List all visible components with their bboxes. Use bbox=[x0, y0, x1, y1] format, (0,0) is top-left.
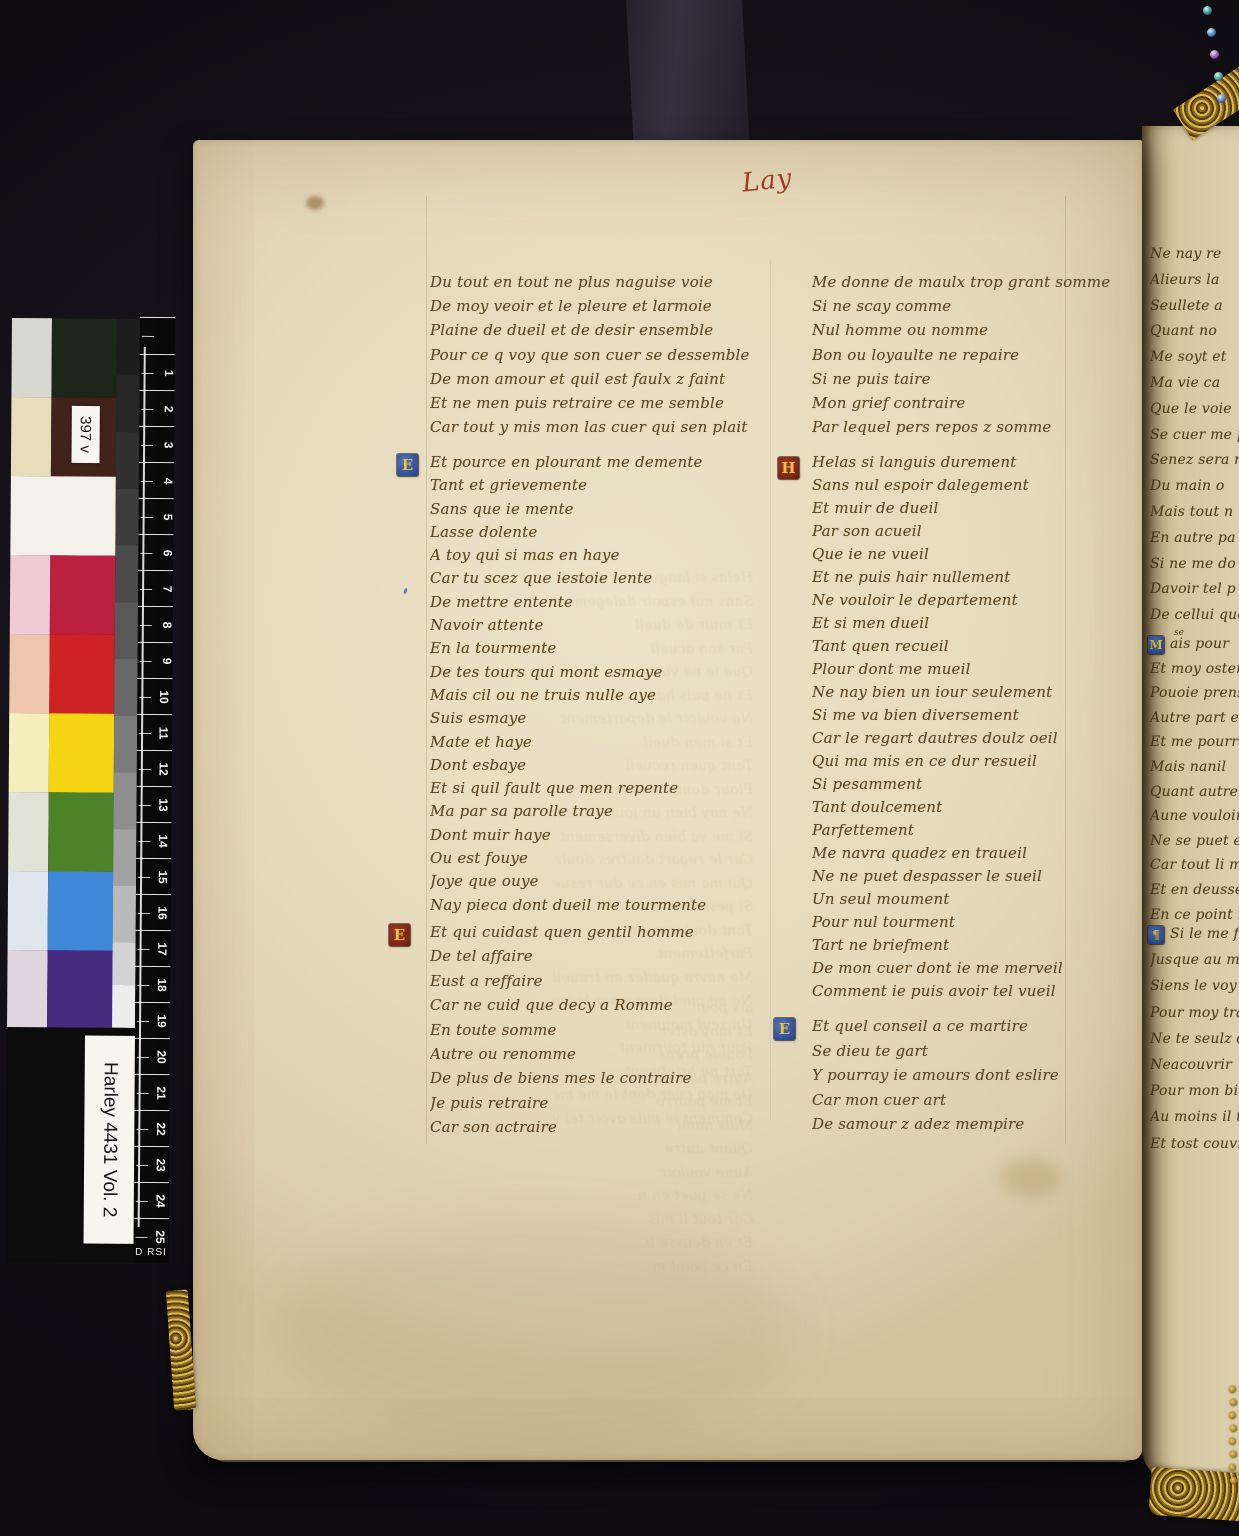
manuscript-line: Me soyt et bbox=[1150, 349, 1239, 375]
ruler-segment: 16 bbox=[136, 894, 171, 930]
manuscript-line: Et ne men puis retraire ce me semble bbox=[430, 394, 750, 418]
manuscript-line: Ma par sa parolle traye bbox=[430, 802, 706, 825]
ruler-number: 6 bbox=[161, 549, 175, 556]
patch-row bbox=[9, 634, 115, 714]
column1-stanza2: Et pource en plourant me dementeTant et … bbox=[430, 453, 706, 919]
manuscript-line: Mais cil ou ne truis nulle aye bbox=[430, 686, 706, 709]
photo-backdrop: 1234567891011121314151617181920212223242… bbox=[0, 0, 1239, 1536]
ruler-segment bbox=[140, 317, 175, 354]
manuscript-line: En toute somme bbox=[430, 1021, 694, 1045]
ruler-number: 7 bbox=[161, 585, 175, 592]
manuscript-line: Du tout en tout ne plus naguise voie bbox=[430, 273, 750, 297]
manuscript-line: Car tout li mis bbox=[553, 1212, 753, 1236]
manuscript-line: Ne se puet en n bbox=[1150, 833, 1239, 858]
manuscript-line: Ou est fouye bbox=[430, 849, 706, 872]
manuscript-line: Et tost couvr bbox=[1150, 1136, 1239, 1162]
gilt-dot bbox=[1229, 1412, 1236, 1419]
manuscript-line: Par lequel pers repos z somme bbox=[812, 418, 1110, 442]
bead bbox=[1214, 72, 1223, 81]
colorbar-ruler: 1234567891011121314151617181920212223242… bbox=[133, 317, 175, 1263]
manuscript-line: Alieurs la bbox=[1150, 272, 1239, 298]
ruler-segment: 14 bbox=[136, 822, 171, 858]
gilt-dot bbox=[1230, 1477, 1237, 1484]
manuscript-line: Car ne cuid que decy a Romme bbox=[430, 996, 694, 1020]
manuscript-line: Helas si languis durement bbox=[812, 453, 1063, 476]
manuscript-line: Autre part et bbox=[1150, 710, 1239, 735]
next-folio-edge: Ne nay reAlieurs laSeullete aQuant noMe … bbox=[1142, 126, 1239, 1482]
color-patch bbox=[7, 950, 48, 1029]
manuscript-line: Plour dont me mueil bbox=[812, 660, 1063, 683]
ruler-segment: 23 bbox=[134, 1146, 169, 1182]
manuscript-line: Et moy oster bbox=[1150, 661, 1239, 686]
ruler-number: 2 bbox=[162, 405, 176, 412]
manuscript-line: De mon cuer dont ie me merveil bbox=[812, 959, 1063, 982]
patch-row bbox=[7, 950, 113, 1030]
manuscript-line: En autre pa bbox=[1150, 530, 1239, 556]
superscript-correction: se bbox=[1174, 628, 1184, 638]
manuscript-line: Joye que ouye bbox=[430, 872, 706, 895]
manuscript-line: Dont esbaye bbox=[430, 756, 706, 779]
manuscript-line: Car mon cuer art bbox=[812, 1091, 1059, 1116]
column1-stanza3: Et qui cuidast quen gentil hommeDe tel a… bbox=[430, 923, 694, 1143]
ruler-number: 21 bbox=[154, 1086, 168, 1099]
ruler-number: 19 bbox=[154, 1014, 168, 1027]
manuscript-line: Et pource en plourant me demente bbox=[430, 453, 706, 476]
manuscript-line: Sans que ie mente bbox=[430, 500, 706, 523]
next-folio-text-block-2: ais pourEt moy osterPouoie prensAutre pa… bbox=[1150, 636, 1239, 931]
manuscript-line: Tant quen recueil bbox=[812, 637, 1063, 660]
colorbar-patches bbox=[7, 318, 117, 1030]
ruler-segment: 2 bbox=[139, 390, 174, 426]
gilded-page-edge-bottom bbox=[1148, 1467, 1239, 1521]
bead bbox=[1210, 50, 1219, 59]
color-patch bbox=[9, 713, 50, 792]
ruler-number: 9 bbox=[160, 657, 174, 664]
manuscript-line: Si ne scay comme bbox=[812, 297, 1110, 321]
ruler-segment: 5 bbox=[138, 498, 173, 534]
manuscript-line: De tes tours qui mont esmaye bbox=[430, 663, 706, 686]
manuscript-line: Du main o bbox=[1150, 478, 1239, 504]
ruler-number: 24 bbox=[153, 1194, 167, 1207]
patch-row bbox=[11, 397, 117, 477]
gilded-page-edge-left bbox=[166, 1289, 196, 1410]
manuscript-line: Tant et grievemente bbox=[430, 476, 706, 499]
ruler-segment: 17 bbox=[135, 930, 170, 966]
color-patch bbox=[11, 318, 52, 397]
manuscript-line: Me donne de maulx trop grant somme bbox=[812, 273, 1110, 297]
ruler-segment: 13 bbox=[136, 786, 171, 822]
manuscript-line: Mon grief contraire bbox=[812, 394, 1110, 418]
manuscript-line: Aune vouloir bbox=[1150, 808, 1239, 833]
color-patch bbox=[48, 792, 114, 871]
ruler-number: 15 bbox=[155, 870, 169, 883]
manuscript-line: Car son actraire bbox=[430, 1118, 694, 1142]
manuscript-line: De mettre entente bbox=[430, 593, 706, 616]
ruler-number: 5 bbox=[161, 513, 175, 520]
manuscript-line: Car tout li mis bbox=[1150, 857, 1239, 882]
manuscript-line: Siens le voy pu bbox=[1150, 978, 1239, 1004]
manuscript-line: Ne nay bien un iour seulement bbox=[812, 683, 1063, 706]
manuscript-line: Davoir tel p bbox=[1150, 581, 1239, 607]
ruler-segment: 9 bbox=[137, 642, 172, 678]
manuscript-line: Neacouvrir bbox=[1150, 1057, 1239, 1083]
ruler-number: 10 bbox=[157, 690, 171, 703]
ruler-number: 23 bbox=[153, 1158, 167, 1171]
manuscript-line: Et quel conseil a ce martire bbox=[812, 1017, 1059, 1042]
ruler-segment: 15 bbox=[136, 858, 171, 894]
manuscript-line: Et si men dueil bbox=[812, 614, 1063, 637]
manuscript-line: Senez sera m bbox=[1150, 452, 1239, 478]
manuscript-line: A toy qui si mas en haye bbox=[430, 546, 706, 569]
next-folio-text-block-3: Si le me faultJusque au monSiens le voy … bbox=[1150, 926, 1239, 1162]
manuscript-line: Car le regart dautres doulz oeil bbox=[812, 729, 1063, 752]
manuscript-line: Tart ne briefment bbox=[812, 936, 1063, 959]
manuscript-line: Jusque au mon bbox=[1150, 952, 1239, 978]
ruler-number: 8 bbox=[160, 621, 174, 628]
color-patch bbox=[47, 950, 113, 1029]
manuscript-line: En la tourmente bbox=[430, 639, 706, 662]
manuscript-line: De mon amour et quil est faulx z faint bbox=[430, 370, 750, 394]
ruler-segment: 20 bbox=[135, 1038, 170, 1074]
manuscript-line: Et en deusse b bbox=[553, 1235, 753, 1259]
ruler-number: 4 bbox=[161, 477, 175, 484]
manuscript-line: Mate et haye bbox=[430, 733, 706, 756]
manuscript-line: Eust a reffaire bbox=[430, 972, 694, 996]
manuscript-line: Et muir de dueil bbox=[812, 499, 1063, 522]
manuscript-line: De cellui que bbox=[1150, 607, 1239, 633]
ruler-number: 22 bbox=[154, 1122, 168, 1135]
gilt-dot bbox=[1230, 1399, 1237, 1406]
ruler-segment: 24 bbox=[134, 1182, 169, 1218]
manuscript-line: Navoir attente bbox=[430, 616, 706, 639]
manuscript-line: Pouoie prens bbox=[1150, 685, 1239, 710]
manuscript-line: En ce point m bbox=[553, 1259, 753, 1283]
ruler-number: 18 bbox=[155, 978, 169, 991]
ruler-segment: 7 bbox=[138, 570, 173, 606]
manuscript-line: Si ne me do bbox=[1150, 556, 1239, 582]
manuscript-line: Que le voie bbox=[1150, 401, 1239, 427]
manuscript-line: Je puis retraire bbox=[430, 1094, 694, 1118]
ruler-segment: 19 bbox=[135, 1002, 170, 1038]
manuscript-line: De plus de biens mes le contraire bbox=[430, 1069, 694, 1093]
illuminated-initial: E bbox=[774, 1018, 795, 1040]
illuminated-initial: H bbox=[778, 457, 799, 479]
ruler-segment: 1 bbox=[139, 354, 174, 390]
ruler-number: 1 bbox=[162, 369, 176, 376]
paraph-mark: ¶ bbox=[1148, 926, 1164, 944]
ruling-line-left bbox=[426, 196, 427, 1144]
manuscript-line: Et ne puis hair nullement bbox=[812, 568, 1063, 591]
column2-stanza3: Et quel conseil a ce martireSe dieu te g… bbox=[812, 1017, 1059, 1140]
column2-stanza1: Me donne de maulx trop grant sommeSi ne … bbox=[812, 273, 1110, 442]
manuscript-line: Par son acueil bbox=[812, 522, 1063, 545]
patch-row bbox=[9, 713, 115, 793]
illuminated-initial: M bbox=[1148, 636, 1164, 654]
manuscript-line: Quant no bbox=[1150, 323, 1239, 349]
manuscript-line: Tant doulcement bbox=[812, 798, 1063, 821]
manuscript-line: Pour mon bie bbox=[1150, 1083, 1239, 1109]
color-patch bbox=[48, 871, 114, 950]
parchment-stain bbox=[306, 196, 324, 210]
manuscript-line: Au moins il te bbox=[1150, 1109, 1239, 1135]
manuscript-line: Et qui cuidast quen gentil homme bbox=[430, 923, 694, 947]
ruler-number: 13 bbox=[156, 798, 170, 811]
bead bbox=[1203, 6, 1212, 15]
ruling-line-middle bbox=[770, 260, 771, 1120]
shelfmark-label: Harley 4431 Vol. 2 bbox=[84, 1036, 135, 1244]
manuscript-line: Suis esmaye bbox=[430, 709, 706, 732]
manuscript-line: Pour moy tra bbox=[1150, 1005, 1239, 1031]
patch-row bbox=[8, 792, 114, 872]
color-patch bbox=[11, 397, 52, 476]
manuscript-line: Et me pourro bbox=[1150, 734, 1239, 759]
manuscript-line: Dont muir haye bbox=[430, 826, 706, 849]
manuscript-page-397v: Lay Helas si languis durementSans nul es… bbox=[193, 140, 1142, 1460]
manuscript-line: Autre ou renomme bbox=[430, 1045, 694, 1069]
manuscript-line: Ma vie ca bbox=[1150, 375, 1239, 401]
parchment-stain bbox=[1001, 1158, 1061, 1198]
manuscript-line: Et si quil fault que men repente bbox=[430, 779, 706, 802]
ruler-segment: 12 bbox=[137, 750, 172, 786]
ruler-number: 16 bbox=[155, 906, 169, 919]
ruler-number: 20 bbox=[154, 1050, 168, 1063]
column2-stanza2: Helas si languis durementSans nul espoir… bbox=[812, 453, 1063, 1005]
manuscript-line: Plaine de dueil et de desir ensemble bbox=[430, 321, 750, 345]
color-patch bbox=[8, 792, 49, 871]
color-patch bbox=[10, 476, 116, 556]
ruler-segment: 3 bbox=[139, 426, 174, 462]
ruler-segment: 6 bbox=[138, 534, 173, 570]
manuscript-line: Aune vouloir bbox=[553, 1165, 753, 1189]
next-folio-text-block-1: Ne nay reAlieurs laSeullete aQuant noMe … bbox=[1150, 246, 1239, 633]
manuscript-line: Seullete a bbox=[1150, 298, 1239, 324]
manuscript-line: Et en deusse b bbox=[1150, 882, 1239, 907]
manuscript-line: Me navra quadez en traueil bbox=[812, 844, 1063, 867]
manuscript-line: Quant autre bbox=[553, 1141, 753, 1165]
manuscript-line: Ne nay re bbox=[1150, 246, 1239, 272]
rubric-heading: Lay bbox=[741, 163, 794, 198]
manuscript-line: Pour ce q voy que son cuer se dessemble bbox=[430, 346, 750, 370]
bead bbox=[1207, 28, 1216, 37]
manuscript-line: Si me va bien diversement bbox=[812, 706, 1063, 729]
manuscript-line: Car tu scez que iestoie lente bbox=[430, 569, 706, 592]
color-patch bbox=[8, 871, 49, 950]
gilt-dot bbox=[1229, 1386, 1236, 1393]
illuminated-initial: E bbox=[389, 924, 410, 946]
manuscript-line: Que ie ne vueil bbox=[812, 545, 1063, 568]
manuscript-line: Qui ma mis en ce dur resueil bbox=[812, 752, 1063, 775]
manuscript-line: Parfettement bbox=[812, 821, 1063, 844]
ruler-segment: 4 bbox=[139, 462, 174, 498]
ruler-segment: 21 bbox=[134, 1074, 169, 1110]
gilt-dot bbox=[1230, 1451, 1237, 1458]
ruler-segment: 22 bbox=[134, 1110, 169, 1146]
manuscript-line: Nay pieca dont dueil me tourmente bbox=[430, 896, 706, 919]
manuscript-line: Ne te seulz de r bbox=[1150, 1031, 1239, 1057]
ruler-number: 11 bbox=[157, 726, 171, 739]
manuscript-line: Mais tout n bbox=[1150, 504, 1239, 530]
manuscript-line: De tel affaire bbox=[430, 947, 694, 971]
manuscript-line: Un seul moument bbox=[812, 890, 1063, 913]
gilt-dot bbox=[1229, 1438, 1236, 1445]
manuscript-line: Y pourray ie amours dont eslire bbox=[812, 1066, 1059, 1091]
manuscript-line: Mais nanil bbox=[1150, 759, 1239, 784]
manuscript-line: Lasse dolente bbox=[430, 523, 706, 546]
manuscript-line: Nul homme ou nomme bbox=[812, 321, 1110, 345]
ruler-number: 14 bbox=[156, 834, 170, 847]
manuscript-line: Sans nul espoir dalegement bbox=[812, 476, 1063, 499]
ruler-segment: 11 bbox=[137, 714, 172, 750]
column1-stanza1: Du tout en tout ne plus naguise voieDe m… bbox=[430, 273, 750, 442]
illuminated-initial: E bbox=[397, 454, 418, 476]
manuscript-line: Si pesamment bbox=[812, 775, 1063, 798]
gilt-dot bbox=[1229, 1464, 1236, 1471]
color-patch bbox=[50, 555, 116, 634]
color-patch bbox=[49, 634, 115, 713]
manuscript-line: Ne vouloir le departement bbox=[812, 591, 1063, 614]
gilt-dot bbox=[1230, 1425, 1237, 1432]
bead bbox=[1217, 94, 1226, 103]
book-strap bbox=[626, 0, 750, 152]
manuscript-line: Ne se puet en n bbox=[553, 1188, 753, 1212]
color-calibration-bar: 1234567891011121314151617181920212223242… bbox=[5, 316, 175, 1263]
ruler-number: 3 bbox=[162, 441, 176, 448]
ruler-segment: 10 bbox=[137, 678, 172, 714]
patch-row bbox=[10, 555, 116, 635]
manuscript-line: Se cuer me p bbox=[1150, 427, 1239, 453]
manuscript-line: Comment ie puis avoir tel vueil bbox=[812, 982, 1063, 1005]
color-patch bbox=[51, 318, 117, 397]
manuscript-line: De moy veoir et le pleure et larmoie bbox=[430, 297, 750, 321]
ruler-number: 17 bbox=[155, 942, 169, 955]
color-patch bbox=[10, 555, 51, 634]
manuscript-line: Car tout y mis mon las cuer qui sen plai… bbox=[430, 418, 750, 442]
manuscript-line: Si ne puis taire bbox=[812, 370, 1110, 394]
manuscript-line: Ne ne puet despasser le sueil bbox=[812, 867, 1063, 890]
patch-row bbox=[11, 318, 117, 398]
color-patch bbox=[49, 713, 115, 792]
manuscript-line: De samour z adez mempire bbox=[812, 1115, 1059, 1140]
patch-row bbox=[8, 871, 114, 951]
ruler-number: 25 bbox=[153, 1230, 167, 1243]
ruler-footer-label: D RSI bbox=[133, 1247, 168, 1258]
ruler-segment: 18 bbox=[135, 966, 170, 1002]
manuscript-line: Quant autre bbox=[1150, 784, 1239, 809]
manuscript-line: Bon ou loyaulte ne repaire bbox=[812, 346, 1110, 370]
ruler-number: 12 bbox=[156, 762, 170, 775]
manuscript-line: Se dieu te gart bbox=[812, 1042, 1059, 1067]
folio-number-label: 397 v bbox=[71, 406, 99, 463]
manuscript-line: Pour nul tourment bbox=[812, 913, 1063, 936]
ink-spot bbox=[403, 588, 408, 595]
ruler-segment: 8 bbox=[138, 606, 173, 642]
patch-row bbox=[10, 476, 116, 556]
color-patch bbox=[9, 634, 50, 713]
